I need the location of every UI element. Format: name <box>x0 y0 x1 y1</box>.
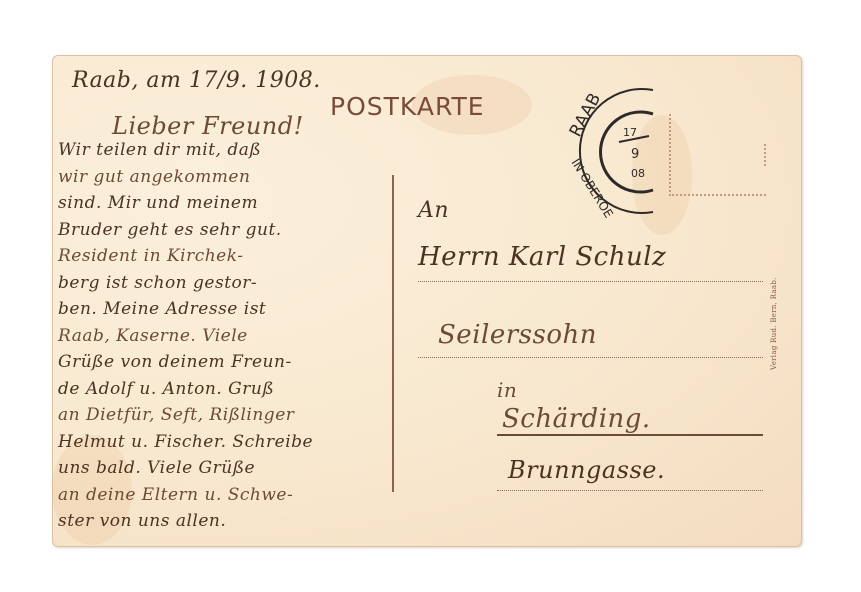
address-line-4: Brunngasse. <box>508 456 665 484</box>
address-rule-1 <box>418 281 763 282</box>
postmark-town: RAAB <box>566 90 606 140</box>
message-line: Helmut u. Fischer. Schreibe <box>58 432 313 452</box>
message-line: ben. Meine Adresse ist <box>58 299 266 319</box>
message-line: Wir teilen dir mit, daß <box>58 140 261 160</box>
message-line: ster von uns allen. <box>58 511 226 531</box>
address-prefix: An <box>418 198 449 223</box>
message-line: Resident in Kirchek- <box>58 246 243 266</box>
message-line: de Adolf u. Anton. Gruß <box>58 379 274 399</box>
address-rule-4 <box>497 490 763 491</box>
date-line: Raab, am 17/9. 1908. <box>72 68 321 93</box>
salutation: Lieber Freund! <box>112 112 304 140</box>
address-rule-3 <box>497 434 763 436</box>
postmark-day: 17 <box>623 126 637 139</box>
message-line: sind. Mir und meinem <box>58 193 258 213</box>
address-rule-2 <box>418 357 763 358</box>
postmark-month: 9 <box>631 147 639 162</box>
message-line: Grüße von deinem Freun- <box>58 352 292 372</box>
message-line: an Dietfür, Seft, Rißlinger <box>58 405 294 425</box>
address-line-3-prefix: in <box>497 378 517 402</box>
message-line: wir gut angekommen <box>58 167 250 187</box>
address-line-3: Schärding. <box>502 404 651 434</box>
message-line: Bruder geht es sehr gut. <box>58 220 282 240</box>
divider-line <box>392 175 394 492</box>
message-line: uns bald. Viele Grüße <box>58 458 255 478</box>
postmark-year: 08 <box>631 167 645 180</box>
postcard-title: POSTKARTE <box>330 92 485 121</box>
message-line: Raab, Kaserne. Viele <box>58 326 248 346</box>
address-line-2: Seilerssohn <box>438 320 597 350</box>
address-line-1: Herrn Karl Schulz <box>418 242 666 272</box>
postmark-region: IN OBEROE <box>568 156 615 220</box>
publisher-imprint: Verlag Rud. Bern, Raab. <box>770 277 778 370</box>
message-line: an deine Eltern u. Schwe- <box>58 485 293 505</box>
message-line: berg ist schon gestor- <box>58 273 257 293</box>
stamp-placement-box <box>669 114 766 196</box>
